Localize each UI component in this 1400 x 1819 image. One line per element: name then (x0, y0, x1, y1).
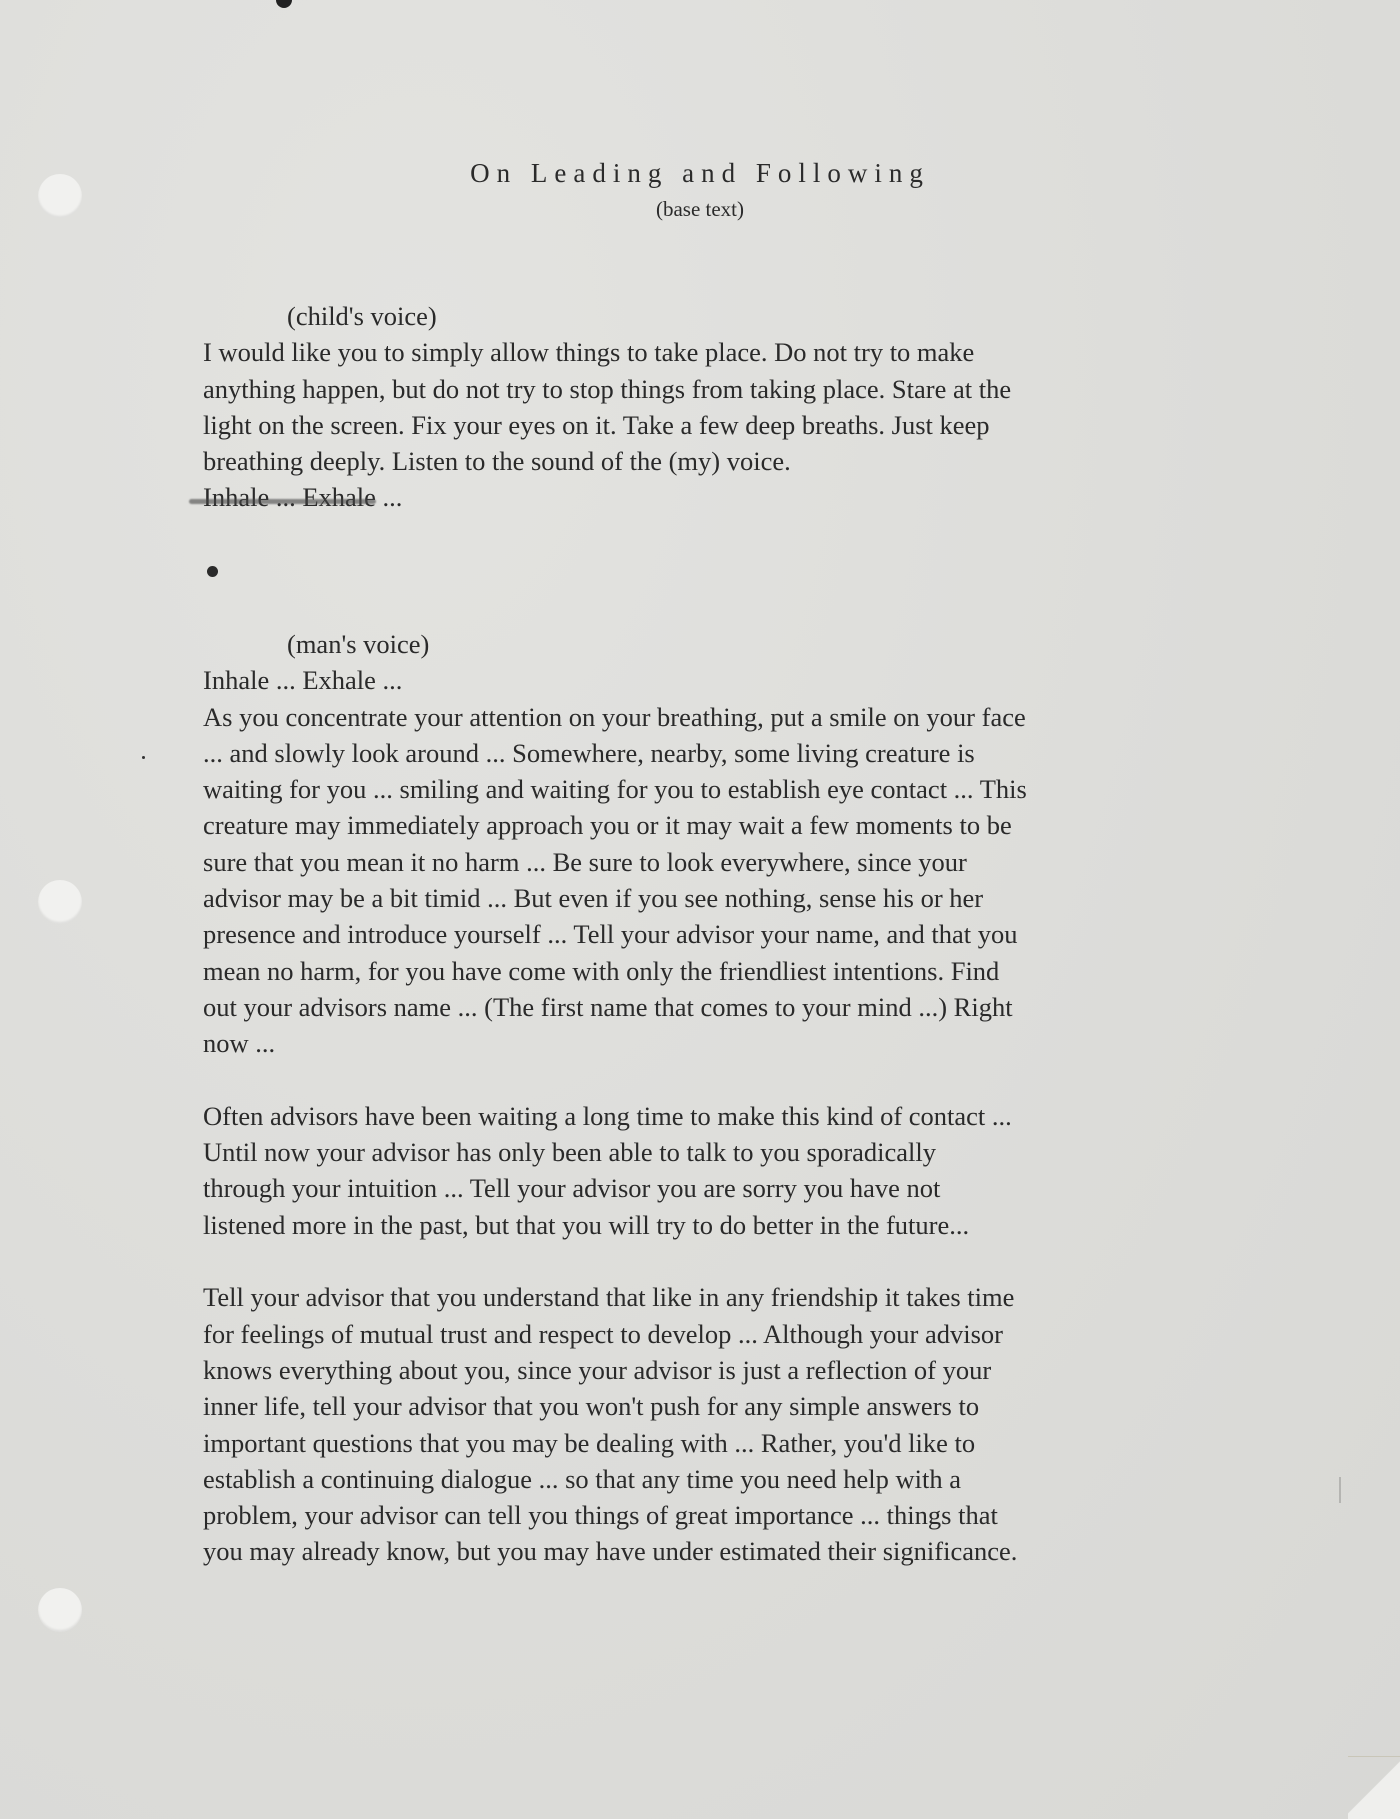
text-line: light on the screen. Fix your eyes on it… (203, 407, 1213, 443)
text-line: I would like you to simply allow things … (203, 334, 1213, 370)
text-line: breathing deeply. Listen to the sound of… (203, 443, 1213, 479)
text-line: ... and slowly look around ... Somewhere… (203, 735, 1213, 771)
text-line: As you concentrate your attention on you… (203, 699, 1213, 735)
staple-mark (276, 0, 292, 8)
voice-label: (man's voice) (203, 626, 1213, 662)
punch-hole (38, 880, 82, 924)
stray-mark (1339, 1477, 1341, 1503)
section-man-voice: (man's voice) Inhale ... Exhale ... As y… (203, 626, 1213, 1570)
punch-hole (38, 1588, 82, 1632)
folded-corner (1348, 1756, 1400, 1819)
struck-through-text: Inhale ... Exhale (203, 479, 376, 515)
text-line: knows everything about you, since your a… (203, 1352, 1213, 1388)
text-line: through your intuition ... Tell your adv… (203, 1170, 1213, 1206)
text-line: sure that you mean it no harm ... Be sur… (203, 844, 1213, 880)
paragraph-gap (203, 1243, 1213, 1279)
bullet-marker (207, 566, 218, 577)
text-line: establish a continuing dialogue ... so t… (203, 1461, 1213, 1497)
text-line: Tell your advisor that you understand th… (203, 1279, 1213, 1315)
text-line: now ... (203, 1025, 1213, 1061)
document-title: On Leading and Following (0, 158, 1400, 189)
text-line: problem, your advisor can tell you thing… (203, 1497, 1213, 1533)
text-line: Until now your advisor has only been abl… (203, 1134, 1213, 1170)
struck-line: Inhale ... Exhale ... (203, 479, 1213, 515)
text-line: for feelings of mutual trust and respect… (203, 1316, 1213, 1352)
text-line: Inhale ... Exhale ... (203, 662, 1213, 698)
text-line: inner life, tell your advisor that you w… (203, 1388, 1213, 1424)
text-line: waiting for you ... smiling and waiting … (203, 771, 1213, 807)
text-line: important questions that you may be deal… (203, 1425, 1213, 1461)
document-subtitle: (base text) (0, 197, 1400, 222)
stray-mark (142, 756, 145, 759)
paragraph: Tell your advisor that you understand th… (203, 1279, 1213, 1569)
text-line: you may already know, but you may have u… (203, 1533, 1213, 1569)
text-line: Often advisors have been waiting a long … (203, 1098, 1213, 1134)
paragraph: Inhale ... Exhale ... As you concentrate… (203, 662, 1213, 1061)
text-line: advisor may be a bit timid ... But even … (203, 880, 1213, 916)
text-line: out your advisors name ... (The first na… (203, 989, 1213, 1025)
text-line: creature may immediately approach you or… (203, 807, 1213, 843)
voice-label: (child's voice) (203, 298, 1213, 334)
section-child-voice: (child's voice) I would like you to simp… (203, 298, 1213, 516)
text-line: anything happen, but do not try to stop … (203, 371, 1213, 407)
text-line: listened more in the past, but that you … (203, 1207, 1213, 1243)
text-fragment: ... (376, 482, 403, 512)
text-line: mean no harm, for you have come with onl… (203, 953, 1213, 989)
scanned-page: On Leading and Following (base text) (ch… (0, 0, 1400, 1819)
paragraph: Often advisors have been waiting a long … (203, 1098, 1213, 1243)
paragraph-gap (203, 1062, 1213, 1098)
text-line: presence and introduce yourself ... Tell… (203, 916, 1213, 952)
